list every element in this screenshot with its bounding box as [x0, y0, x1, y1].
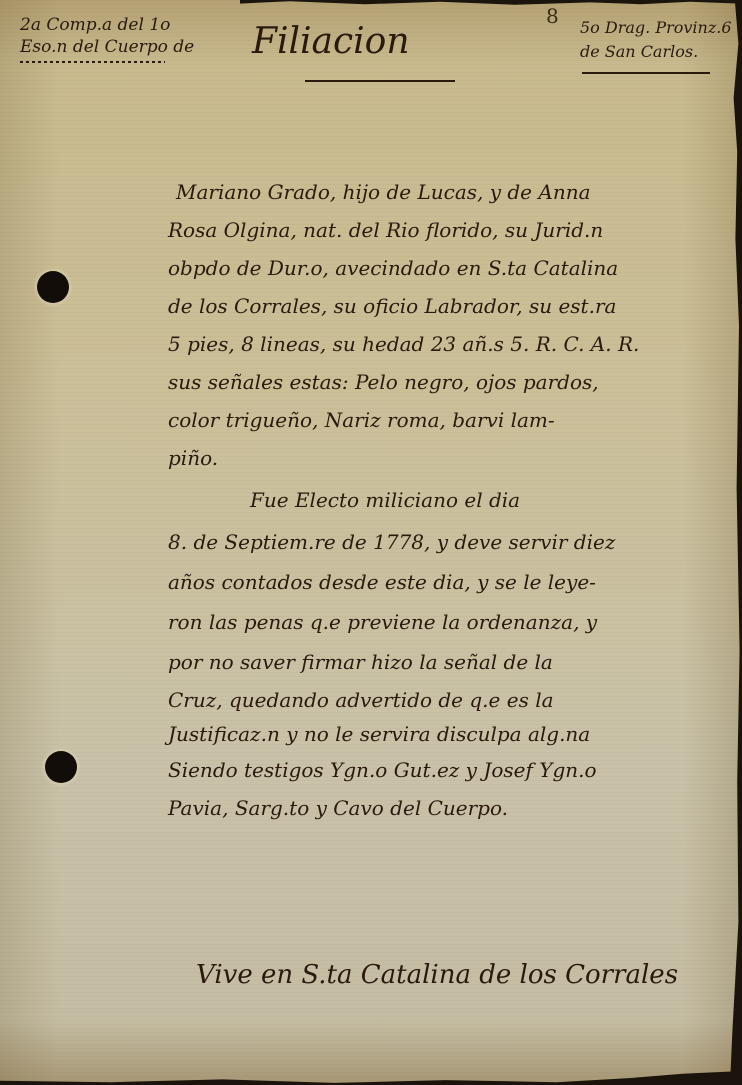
text-line: Siendo testigos Ygn.o Gut.ez y Josef Ygn…	[168, 758, 597, 782]
torn-edge-right	[730, 0, 742, 1085]
text-line: Justificaz.n y no le servira disculpa al…	[168, 722, 590, 746]
residence-note: Vive en S.ta Catalina de los Corrales	[196, 960, 678, 990]
torn-edge-top	[240, 0, 740, 6]
text-line: sus señales estas: Pelo negro, ojos pard…	[168, 370, 599, 394]
header-right-line2: de San Carlos.	[580, 40, 732, 64]
text-line: Pavia, Sarg.to y Cavo del Cuerpo.	[168, 796, 508, 820]
text-line: de los Corrales, su oficio Labrador, su …	[168, 294, 616, 318]
folio-number: 8	[546, 4, 559, 28]
punch-hole-bottom	[45, 751, 77, 783]
text-line: obpdo de Dur.o, avecindado en S.ta Catal…	[168, 256, 618, 280]
punch-hole-top	[37, 271, 69, 303]
text-line: piño.	[168, 446, 218, 470]
text-line: por no saver firmar hizo la señal de la	[168, 650, 553, 674]
header-right: 5o Drag. Provinz.6 de San Carlos.	[580, 16, 732, 64]
text-line: 8. de Septiem.re de 1778, y deve servir …	[168, 530, 615, 554]
header-left-underline	[20, 61, 165, 63]
title-underline	[305, 80, 455, 82]
text-line: ron las penas q.e previene la ordenanza,…	[168, 610, 597, 634]
document-title: Filiacion	[252, 20, 410, 64]
header-right-underline	[582, 72, 710, 74]
text-line: color trigueño, Nariz roma, barvi lam-	[168, 408, 555, 432]
text-line: Rosa Olgina, nat. del Rio florido, su Ju…	[168, 218, 603, 242]
header-left-line2: Eso.n del Cuerpo de	[20, 36, 194, 58]
header-left-line1: 2a Comp.a del 1o	[20, 14, 194, 36]
torn-edge-bottom	[0, 1071, 742, 1085]
text-line: años contados desde este dia, y se le le…	[168, 570, 596, 594]
text-line: 5 pies, 8 lineas, su hedad 23 añ.s 5. R.…	[168, 332, 639, 356]
header-right-line1: 5o Drag. Provinz.6	[580, 16, 732, 40]
text-line: Fue Electo miliciano el dia	[250, 488, 520, 512]
text-line: Mariano Grado, hijo de Lucas, y de Anna	[176, 180, 591, 204]
manuscript-page: 2a Comp.a del 1o Eso.n del Cuerpo de Fil…	[0, 0, 742, 1085]
text-line: Cruz, quedando advertido de q.e es la	[168, 688, 554, 712]
header-left: 2a Comp.a del 1o Eso.n del Cuerpo de	[20, 14, 194, 63]
